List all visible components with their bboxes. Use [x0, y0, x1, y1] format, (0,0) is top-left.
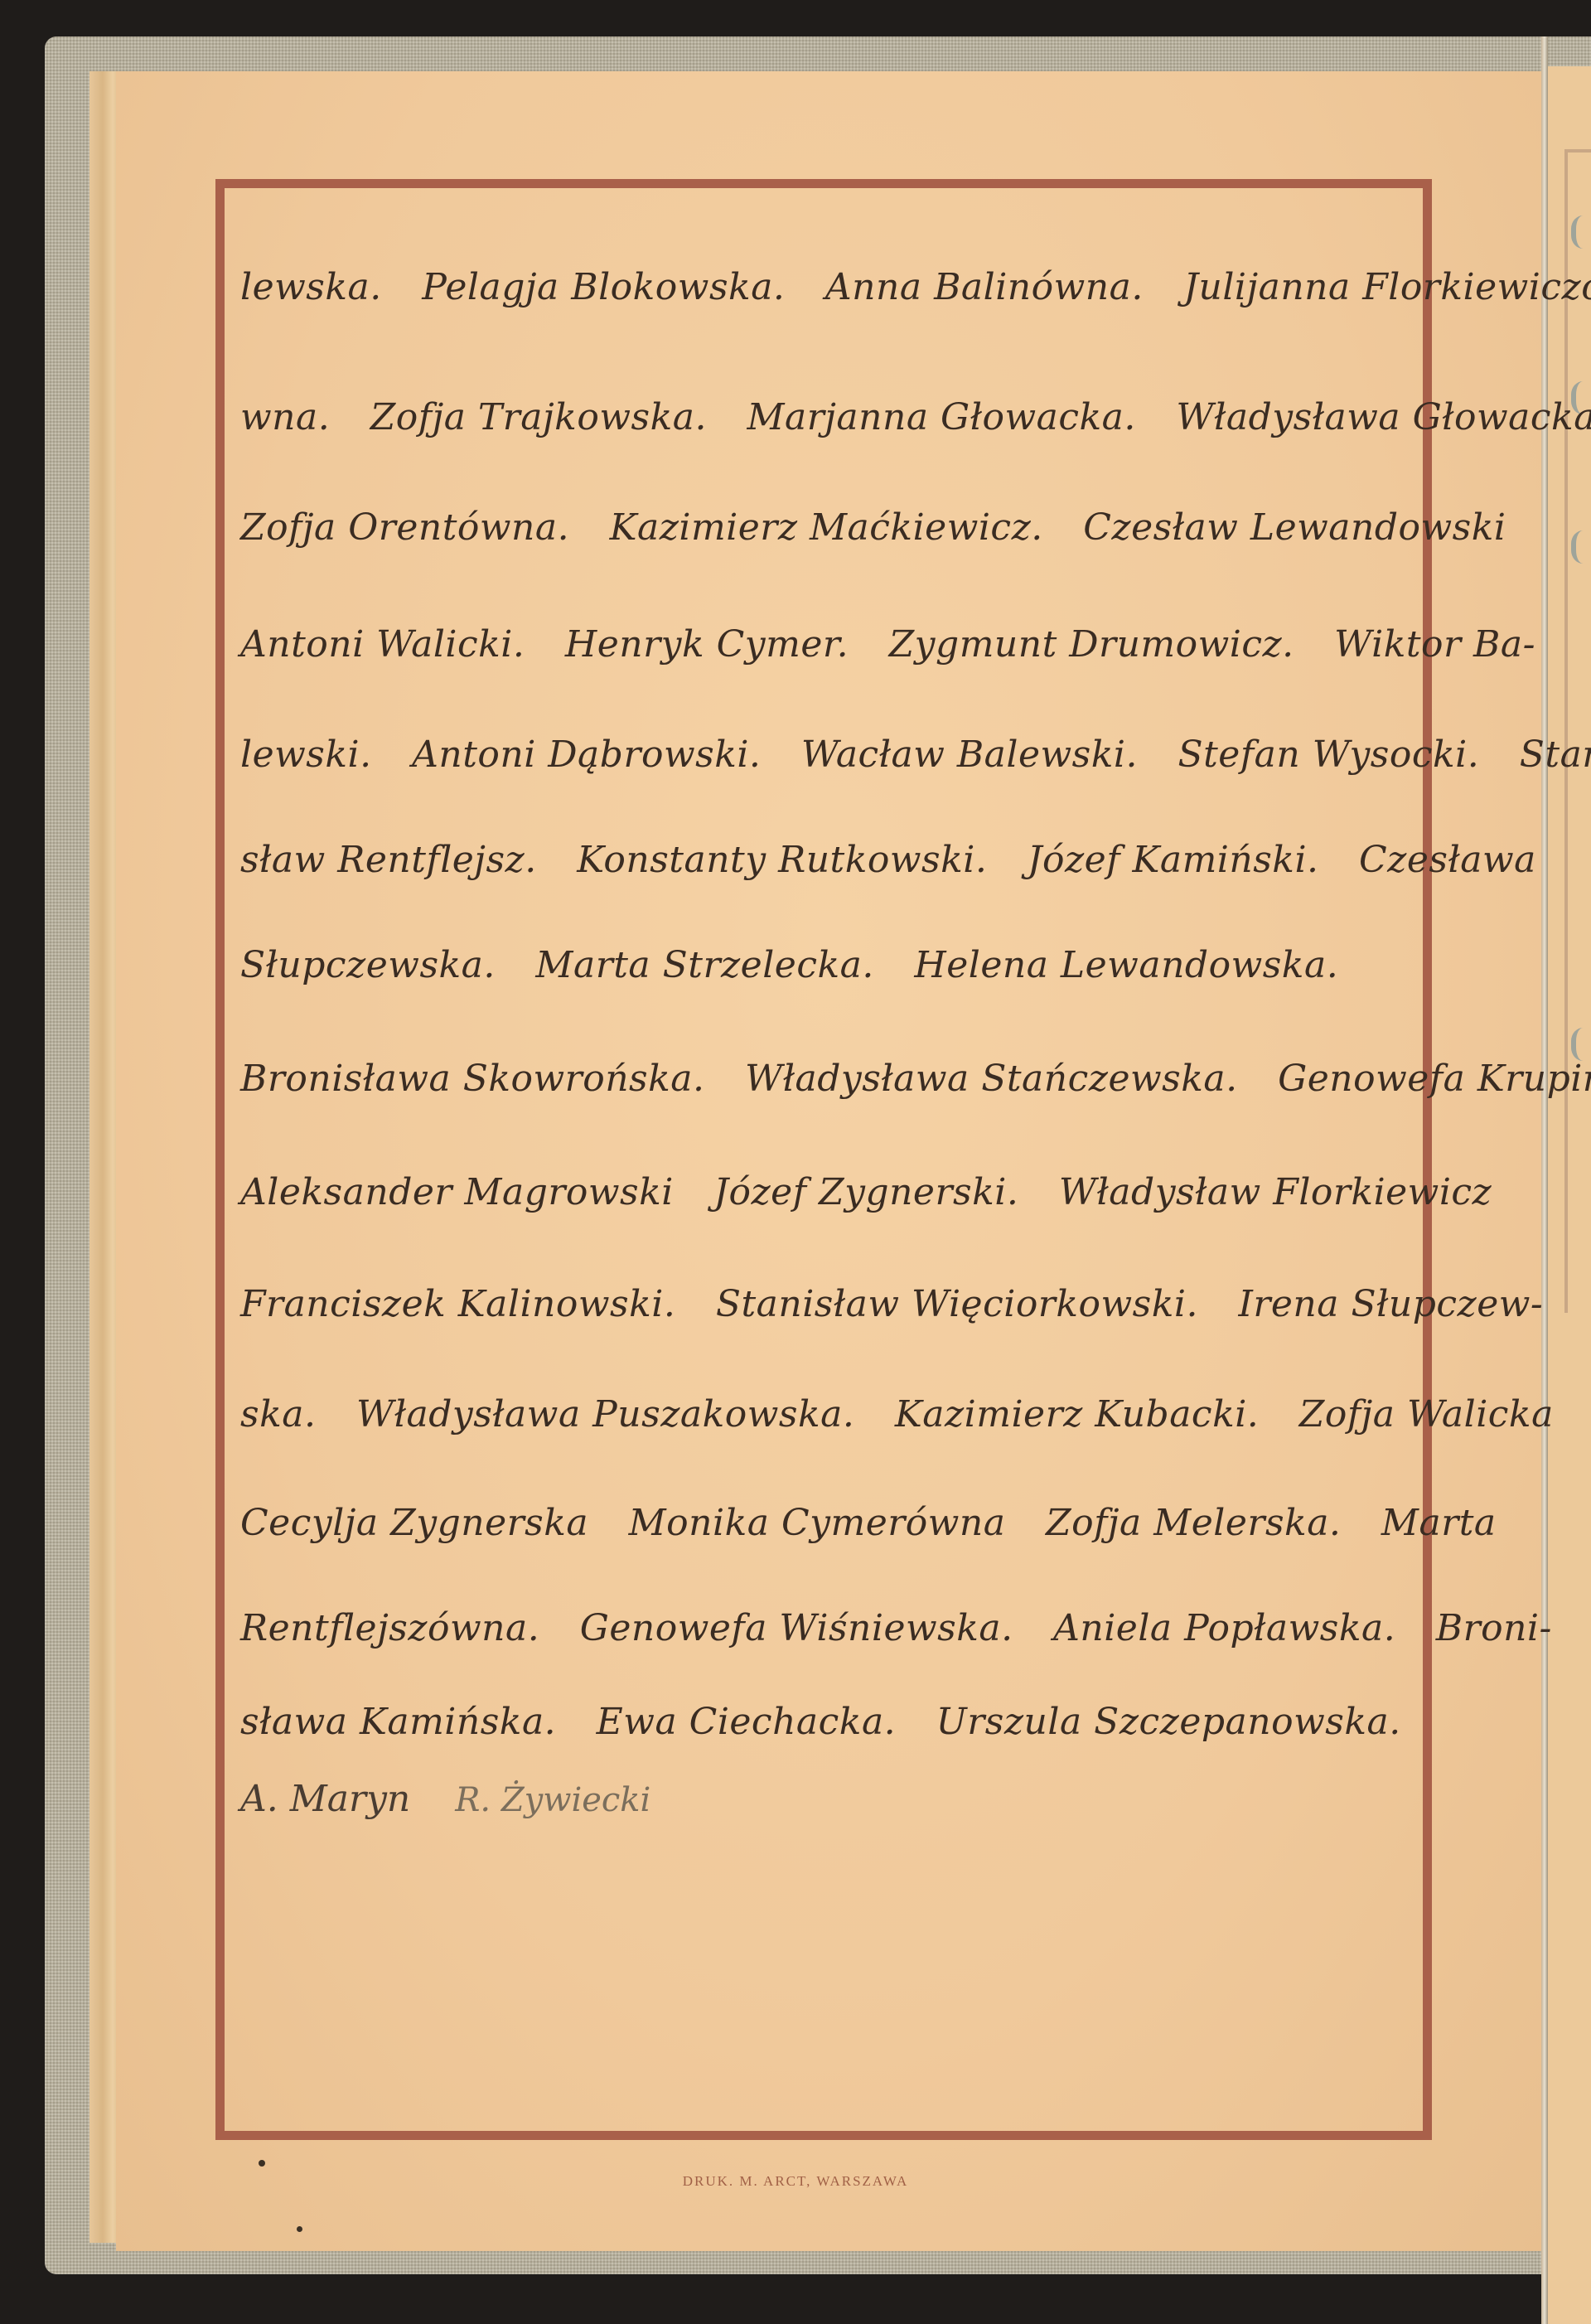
text-line: Rentflejszówna. Genowefa Wiśniewska. Ani…: [240, 1590, 1434, 1667]
name-entry: Aleksander Magrowski: [240, 1171, 674, 1213]
text-line: Zofja Orentówna. Kazimierz Maćkiewicz. C…: [240, 489, 1434, 566]
text-line: Aleksander Magrowski Józef Zygnerski. Wł…: [240, 1154, 1434, 1231]
text-line: Słupczewska. Marta Strzelecka. Helena Le…: [240, 927, 1434, 1004]
text-line: Cecylja Zygnerska Monika Cymerówna Zofja…: [240, 1484, 1434, 1561]
text-line: Bronisława Skowrońska. Władysława Stańcz…: [240, 1040, 1434, 1117]
name-entry: Irena Słupczew-: [1238, 1283, 1543, 1325]
printer-imprint: DRUK. M. ARCT, WARSZAWA: [0, 2173, 1591, 2190]
text-line: wna. Zofja Trajkowska. Marjanna Głowacka…: [240, 379, 1434, 456]
ornament-icon: [1571, 530, 1591, 564]
ink-spot: [297, 2226, 302, 2232]
name-entry: Władysław Florkiewicz: [1059, 1171, 1492, 1213]
name-entry: Rentflejszówna.: [240, 1607, 539, 1649]
name-entry: Marta: [1381, 1502, 1497, 1544]
name-entry: sław Rentflejsz.: [240, 839, 537, 881]
name-entry: Julijanna Florkiewiczó-: [1183, 266, 1591, 308]
name-entry: Kazimierz Maćkiewicz.: [610, 506, 1043, 549]
name-entry: Marta Strzelecka.: [535, 944, 873, 986]
text-line: lewski. Antoni Dąbrowski. Wacław Balewsk…: [240, 716, 1434, 793]
name-entry: Konstanty Rutkowski.: [577, 839, 987, 881]
text-line: Antoni Walicki. Henryk Cymer. Zygmunt Dr…: [240, 606, 1434, 683]
name-entry: Józef Kamiński.: [1028, 839, 1319, 881]
name-entry: Franciszek Kalinowski.: [240, 1283, 675, 1325]
book-gutter: [1541, 36, 1548, 2324]
name-entry: Stefan Wysocki.: [1178, 734, 1479, 776]
name-entry: Stani-: [1520, 734, 1591, 776]
name-entry: Antoni Walicki.: [240, 623, 525, 666]
name-entry: Czesława: [1359, 839, 1536, 881]
text-line: sława Kamińska. Ewa Ciechacka. Urszula S…: [240, 1683, 1434, 1760]
ornament-icon: [1571, 1028, 1591, 1061]
name-entry: lewski.: [240, 734, 372, 776]
handwritten-signature-list: lewska. Pelagja Blokowska. Anna Balinówn…: [240, 249, 1434, 1837]
name-entry: Antoni Dąbrowski.: [412, 734, 761, 776]
name-entry: Genowefa Wiśniewska.: [580, 1607, 1013, 1649]
name-entry: Czesław Lewandowski: [1083, 506, 1506, 549]
name-entry: Aniela Popławska.: [1053, 1607, 1395, 1649]
name-entry: Bronisława Skowrońska.: [240, 1058, 705, 1100]
name-entry: Zofja Melerska.: [1046, 1502, 1341, 1544]
scribbled-signature: R. Żywiecki: [455, 1781, 650, 1819]
text-line: sław Rentflejsz. Konstanty Rutkowski. Jó…: [240, 821, 1434, 898]
closing-signatures: A. Maryn R. Żywiecki: [240, 1760, 1434, 1837]
name-entry: Zofja Trajkowska.: [370, 396, 707, 438]
text-line: Franciszek Kalinowski. Stanisław Więcior…: [240, 1266, 1434, 1343]
name-entry: Stanisław Więciorkowski.: [716, 1283, 1198, 1325]
name-entry: Pelagja Blokowska.: [422, 266, 785, 308]
adjacent-page-decoration: [1564, 149, 1591, 1313]
signature-name: A. Maryn: [240, 1778, 410, 1820]
name-entry: Zofja Orentówna.: [240, 506, 569, 549]
name-entry: Anna Balinówna.: [825, 266, 1144, 308]
text-line: ska. Władysława Puszakowska. Kazimierz K…: [240, 1376, 1434, 1453]
name-entry: Wiktor Ba-: [1334, 623, 1535, 666]
name-entry: sława Kamińska.: [240, 1701, 556, 1743]
name-entry: Władysława Głowacka: [1176, 396, 1591, 438]
name-entry: Henryk Cymer.: [565, 623, 849, 666]
name-entry: wna.: [240, 396, 330, 438]
name-entry: Zygmunt Drumowicz.: [889, 623, 1294, 666]
name-entry: Urszula Szczepanowska.: [936, 1701, 1401, 1743]
name-entry: Józef Zygnerski.: [713, 1171, 1018, 1213]
name-entry: Genowefa Krupińska.: [1278, 1058, 1591, 1100]
name-entry: ska.: [240, 1393, 316, 1436]
name-entry: Wacław Balewski.: [801, 734, 1138, 776]
name-entry: Kazimierz Kubacki.: [895, 1393, 1259, 1436]
name-entry: Władysława Puszakowska.: [356, 1393, 854, 1436]
name-entry: lewska.: [240, 266, 382, 308]
name-entry: Monika Cymerówna: [629, 1502, 1006, 1544]
name-entry: Broni-: [1436, 1607, 1552, 1649]
name-entry: Marjanna Głowacka.: [747, 396, 1135, 438]
name-entry: Słupczewska.: [240, 944, 496, 986]
ink-spot: [259, 2160, 265, 2167]
name-entry: Ewa Ciechacka.: [597, 1701, 897, 1743]
text-line: lewska. Pelagja Blokowska. Anna Balinówn…: [240, 249, 1434, 326]
name-entry: Helena Lewandowska.: [914, 944, 1338, 986]
name-entry: Władysława Stańczewska.: [745, 1058, 1238, 1100]
name-entry: Zofja Walicka: [1299, 1393, 1554, 1436]
name-entry: Cecylja Zygnerska: [240, 1502, 588, 1544]
ornament-icon: [1571, 215, 1591, 249]
